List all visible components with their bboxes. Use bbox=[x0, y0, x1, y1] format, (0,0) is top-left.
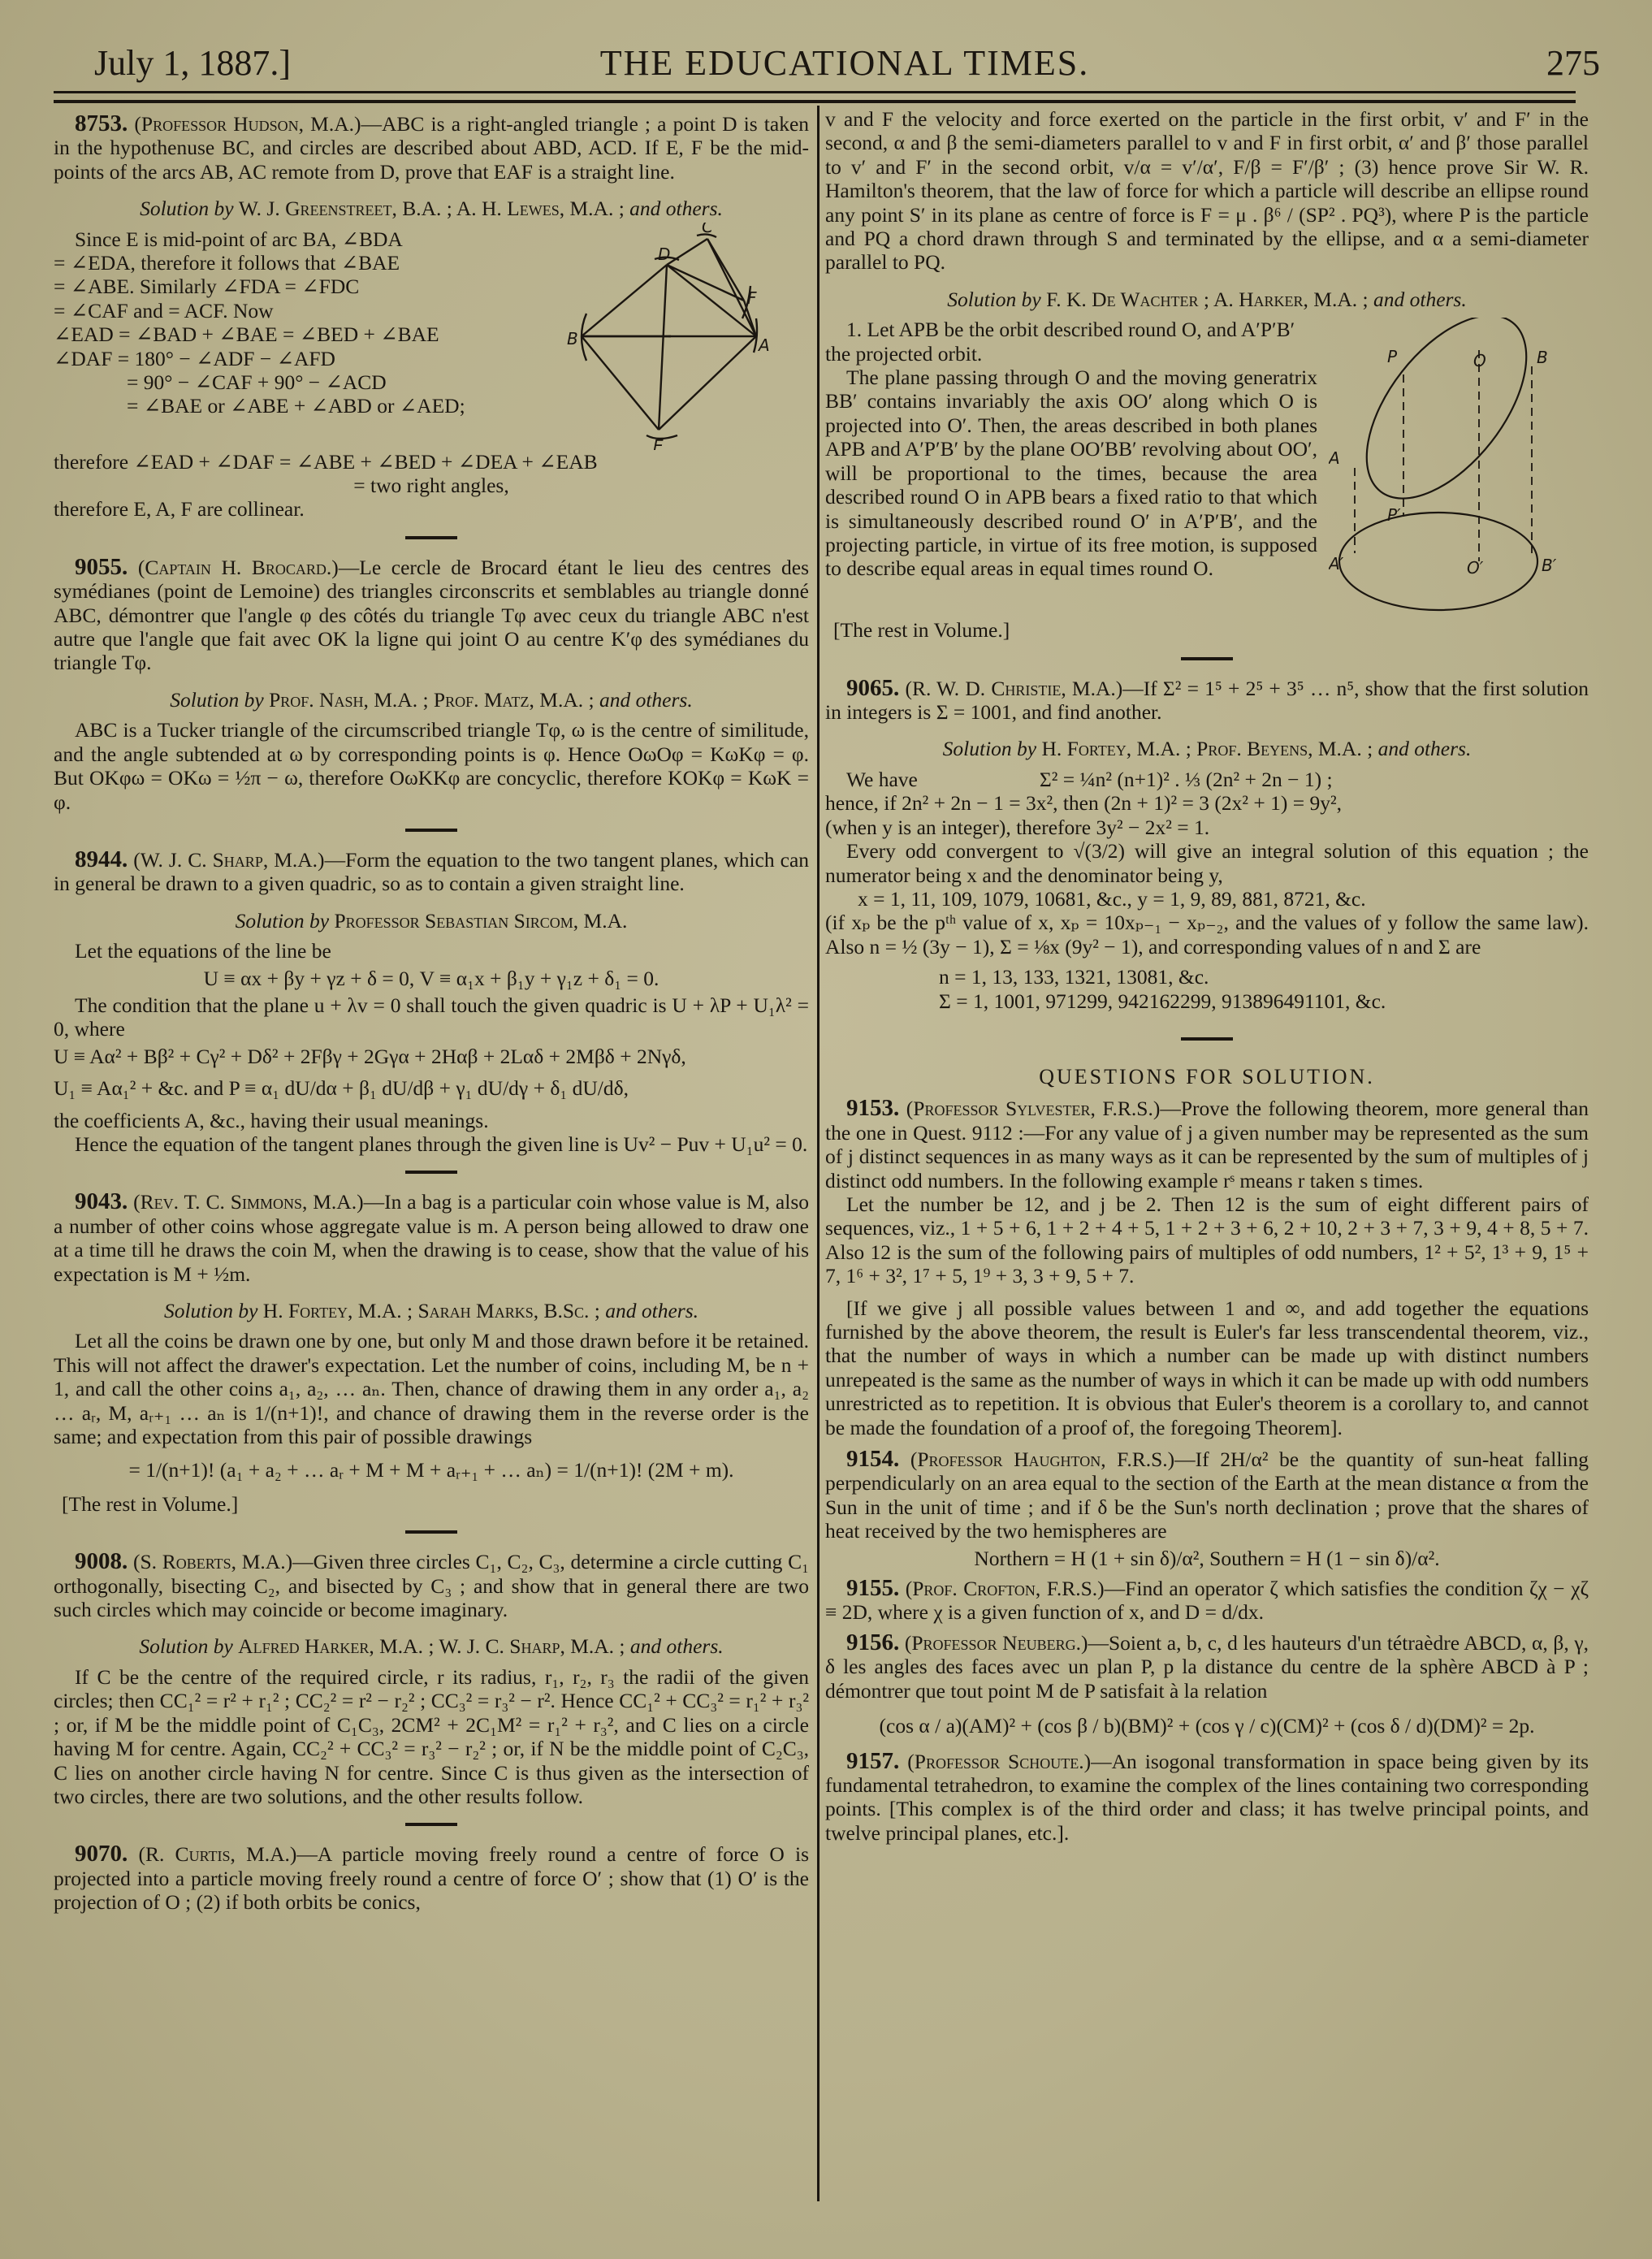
proposer: (Rev. T. C. Simmons, M.A.) bbox=[133, 1190, 363, 1214]
proposer: (Professor Sylvester, F.R.S.) bbox=[906, 1097, 1161, 1120]
svg-text:C: C bbox=[702, 223, 713, 236]
svg-text:D: D bbox=[658, 245, 670, 264]
rest-in-volume: [The rest in Volume.] bbox=[62, 1492, 809, 1516]
solution-text: ABC is a Tucker triangle of the circumsc… bbox=[54, 718, 809, 814]
proposer: (Captain H. Brocard.) bbox=[138, 556, 339, 579]
question-number: 9008. bbox=[75, 1548, 128, 1574]
svg-text:F: F bbox=[747, 288, 757, 308]
svg-text:B′: B′ bbox=[1542, 556, 1557, 575]
solution-credit: Solution by W. J. Greenstreet, B.A. ; A.… bbox=[54, 197, 809, 220]
question-9043: 9043. (Rev. T. C. Simmons, M.A.)—In a ba… bbox=[54, 1190, 809, 1516]
svg-text:P′: P′ bbox=[1387, 505, 1401, 525]
equation: U ≡ Aα² + Bβ² + Cγ² + Dδ² + 2Fβγ + 2Gγα … bbox=[54, 1045, 809, 1068]
question-number: 9153. bbox=[846, 1095, 899, 1121]
solution-credit: Solution by Prof. Nash, M.A. ; Prof. Mat… bbox=[54, 688, 809, 712]
proposer: (R. W. D. Christie, M.A.) bbox=[905, 677, 1122, 700]
svg-text:P: P bbox=[1387, 347, 1398, 366]
svg-text:B: B bbox=[1537, 348, 1548, 367]
question-8944: 8944. (W. J. C. Sharp, M.A.)—Form the eq… bbox=[54, 848, 809, 1156]
questions-for-solution-heading: QUESTIONS FOR SOLUTION. bbox=[825, 1065, 1589, 1088]
proposer: (Professor Schoute.) bbox=[907, 1750, 1091, 1773]
proposer: (Professor Haughton, F.R.S.) bbox=[910, 1448, 1174, 1471]
section-separator bbox=[405, 1171, 457, 1174]
section-separator bbox=[405, 829, 457, 832]
solution-text: Let all the coins be drawn one by one, b… bbox=[54, 1329, 809, 1448]
equation: U ≡ αx + βy + γz + δ = 0, V ≡ α₁x + β₁y … bbox=[54, 967, 809, 990]
solution-lines: Since E is mid-point of arc BA, ∠BDA = ∠… bbox=[54, 227, 549, 418]
therefore-line: therefore ∠EAD + ∠DAF = ∠ABE + ∠BED + ∠D… bbox=[54, 450, 809, 474]
question-9155: 9155. (Prof. Crofton, F.R.S.)—Find an op… bbox=[825, 1577, 1589, 1625]
question-number: 9155. bbox=[846, 1575, 899, 1601]
question-number: 9154. bbox=[846, 1446, 899, 1472]
section-separator bbox=[1181, 657, 1233, 660]
svg-text:A′: A′ bbox=[1329, 554, 1344, 573]
section-separator bbox=[405, 536, 457, 539]
proposer: (S. Roberts, M.A.) bbox=[133, 1550, 292, 1573]
right-column: v and F the velocity and force exerted o… bbox=[825, 107, 1589, 1845]
solution-text: If C be the centre of the required circl… bbox=[54, 1665, 809, 1808]
solution-credit: Solution by H. Fortey, M.A. ; Sarah Mark… bbox=[54, 1299, 809, 1322]
column-divider bbox=[817, 106, 820, 2201]
question-8753: 8753. (Professor Hudson, M.A.)—ABC is a … bbox=[54, 112, 809, 521]
question-9153: 9153. (Professor Sylvester, F.R.S.)—Prov… bbox=[825, 1097, 1589, 1439]
equation: = 1/(n+1)! (a₁ + a₂ + … aᵣ + M + M + aᵣ₊… bbox=[54, 1458, 809, 1482]
page-number: 275 bbox=[1546, 42, 1600, 84]
equation: Σ² = ¼n² (n+1)² . ⅓ (2n² + 2n − 1) ; bbox=[1040, 768, 1333, 791]
ellipse-projection-diagram-icon: P O B A P′ A′ O′ B′ bbox=[1329, 318, 1564, 618]
solution-credit: Solution by F. K. De Wachter ; A. Harker… bbox=[825, 288, 1589, 311]
question-9065: 9065. (R. W. D. Christie, M.A.)—If Σ² = … bbox=[825, 677, 1589, 1013]
section-separator bbox=[405, 1823, 457, 1826]
equation: U₁ ≡ Aα₁² + &c. and P ≡ α₁ dU/dα + β₁ dU… bbox=[54, 1076, 809, 1100]
equation: Northern = H (1 + sin δ)/α², Southern = … bbox=[825, 1547, 1589, 1570]
publication-title: THE EDUCATIONAL TIMES. bbox=[89, 42, 1600, 84]
question-9156: 9156. (Professor Neuberg.)—Soient a, b, … bbox=[825, 1631, 1589, 1738]
question-number: 8753. bbox=[75, 110, 128, 136]
proposer: (Professor Hudson, M.A.) bbox=[134, 112, 361, 136]
question-text: v and F the velocity and force exerted o… bbox=[825, 107, 1589, 275]
masthead-rule-bottom bbox=[54, 100, 1576, 103]
section-separator bbox=[405, 1530, 457, 1534]
question-number: 9157. bbox=[846, 1748, 899, 1774]
question-9154: 9154. (Professor Haughton, F.R.S.)—If 2H… bbox=[825, 1448, 1589, 1570]
question-9070: 9070. (R. Curtis, M.A.)—A particle movin… bbox=[54, 1842, 809, 1914]
svg-text:E: E bbox=[653, 436, 664, 450]
solution-credit: Solution by Professor Sebastian Sircom, … bbox=[54, 909, 809, 933]
circle-triangle-diagram-icon: C D F B A E bbox=[549, 223, 793, 450]
question-9055: 9055. (Captain H. Brocard.)—Le cercle de… bbox=[54, 556, 809, 814]
question-9070-continued: v and F the velocity and force exerted o… bbox=[825, 107, 1589, 643]
question-number: 9065. bbox=[846, 675, 899, 701]
svg-text:A: A bbox=[1329, 448, 1340, 468]
masthead-rule-top bbox=[54, 91, 1576, 93]
left-column: 8753. (Professor Hudson, M.A.)—ABC is a … bbox=[54, 107, 809, 1915]
question-number: 8944. bbox=[75, 846, 128, 872]
proposer: (R. Curtis, M.A.) bbox=[138, 1842, 296, 1866]
proposer: (Professor Neuberg.) bbox=[905, 1631, 1088, 1655]
rest-in-volume: [The rest in Volume.] bbox=[833, 618, 1589, 642]
newspaper-page: July 1, 1887.] THE EDUCATIONAL TIMES. 27… bbox=[0, 0, 1652, 2259]
question-number: 9070. bbox=[75, 1841, 128, 1867]
svg-text:B: B bbox=[567, 329, 578, 348]
section-separator bbox=[1181, 1037, 1233, 1041]
n-values: n = 1, 13, 133, 1321, 13081, &c. bbox=[825, 965, 1589, 989]
conclusion: therefore E, A, F are collinear. bbox=[54, 497, 809, 521]
question-number: 9156. bbox=[846, 1629, 899, 1655]
svg-text:A: A bbox=[757, 335, 770, 355]
question-number: 9055. bbox=[75, 554, 128, 580]
masthead: July 1, 1887.] THE EDUCATIONAL TIMES. 27… bbox=[89, 42, 1600, 91]
sigma-values: Σ = 1, 1001, 971299, 942162299, 91389649… bbox=[825, 989, 1589, 1013]
equation: (cos α / a)(AM)² + (cos β / b)(BM)² + (c… bbox=[825, 1714, 1589, 1738]
question-9008: 9008. (S. Roberts, M.A.)—Given three cir… bbox=[54, 1550, 809, 1808]
solution-credit: Solution by H. Fortey, M.A. ; Prof. Beye… bbox=[825, 737, 1589, 760]
question-number: 9043. bbox=[75, 1188, 128, 1214]
xy-values: x = 1, 11, 109, 1079, 10681, &c., y = 1,… bbox=[825, 887, 1589, 911]
proposer: (W. J. C. Sharp, M.A.) bbox=[133, 848, 324, 872]
orbit-projection-figure: P O B A P′ A′ O′ B′ bbox=[1329, 318, 1564, 618]
svg-text:O: O bbox=[1473, 351, 1486, 370]
triangle-figure: C D F B A E bbox=[549, 223, 793, 450]
solution-credit: Solution by Alfred Harker, M.A. ; W. J. … bbox=[54, 1634, 809, 1658]
proposer: (Prof. Crofton, F.R.S.) bbox=[906, 1577, 1105, 1600]
question-9157: 9157. (Professor Schoute.)—An isogonal t… bbox=[825, 1750, 1589, 1846]
svg-text:O′: O′ bbox=[1467, 558, 1484, 578]
